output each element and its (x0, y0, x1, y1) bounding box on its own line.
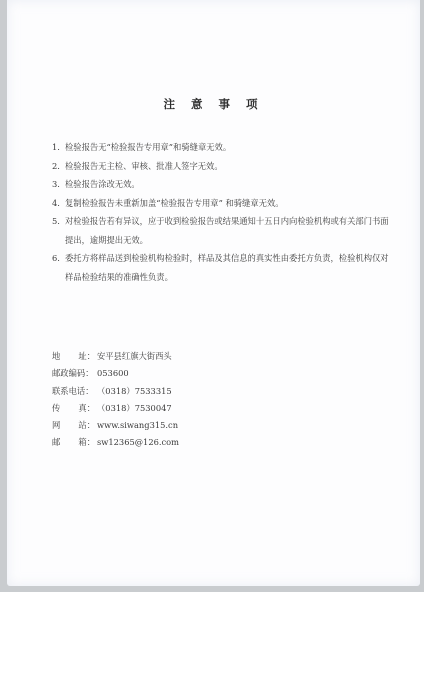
note-number: 6. (52, 249, 65, 286)
note-item: 3.检验报告涂改无效。 (52, 175, 392, 194)
contact-value: 安平县红旗大街西头 (95, 348, 172, 365)
label-part: 邮政编码： (52, 365, 94, 382)
label-part: 真： (78, 400, 95, 417)
note-number: 3. (52, 175, 65, 194)
contact-postcode: 邮政编码：053600 (52, 365, 179, 382)
contact-label: 地址： (52, 348, 95, 365)
note-number: 5. (52, 212, 65, 249)
note-text: 检验报告无“检验报告专用章”和骑缝章无效。 (65, 138, 392, 157)
label-part: 地 (52, 348, 60, 365)
contact-email: 邮箱：sw12365@126.com (52, 434, 179, 451)
note-item: 1.检验报告无“检验报告专用章”和骑缝章无效。 (52, 138, 392, 157)
contact-value: 053600 (95, 365, 129, 382)
note-number: 2. (52, 157, 65, 176)
note-number: 4. (52, 194, 65, 213)
note-number: 1. (52, 138, 65, 157)
contact-value: （0318）7530047 (95, 400, 172, 417)
notes-list: 1.检验报告无“检验报告专用章”和骑缝章无效。 2.检验报告无主检、审核、批准人… (52, 138, 392, 286)
note-item: 2.检验报告无主检、审核、批准人签字无效。 (52, 157, 392, 176)
contact-label: 联系电话： (52, 383, 95, 400)
contact-value: （0318）7533315 (95, 383, 172, 400)
contact-phone: 联系电话：（0318）7533315 (52, 383, 179, 400)
contact-info: 地址：安平县红旗大街西头 邮政编码：053600 联系电话：（0318）7533… (52, 348, 179, 452)
note-item: 4.复制检验报告未重新加盖“检验报告专用章” 和骑缝章无效。 (52, 194, 392, 213)
contact-website: 网站：www.siwang315.cn (52, 417, 179, 434)
label-part: 站： (78, 417, 95, 434)
label-part: 址： (78, 348, 95, 365)
contact-value: sw12365@126.com (95, 434, 179, 451)
note-text: 检验报告无主检、审核、批准人签字无效。 (65, 157, 392, 176)
note-item: 5.对检验报告若有异议，应于收到检验报告或结果通知十五日内向检验机构或有关部门书… (52, 212, 392, 249)
contact-label: 网站： (52, 417, 95, 434)
note-text: 委托方将样品送到检验机构检验时，样品及其信息的真实性由委托方负责，检验机构仅对样… (65, 249, 392, 286)
page-title: 注 意 事 项 (7, 96, 420, 112)
label-part: 箱： (78, 434, 95, 451)
label-part: 邮 (52, 434, 60, 451)
contact-address: 地址：安平县红旗大街西头 (52, 348, 179, 365)
contact-label: 传真： (52, 400, 95, 417)
note-text: 对检验报告若有异议，应于收到检验报告或结果通知十五日内向检验机构或有关部门书面提… (65, 212, 392, 249)
contact-fax: 传真：（0318）7530047 (52, 400, 179, 417)
label-part: 联系电话： (52, 383, 94, 400)
contact-value: www.siwang315.cn (95, 417, 178, 434)
note-item: 6.委托方将样品送到检验机构检验时，样品及其信息的真实性由委托方负责，检验机构仅… (52, 249, 392, 286)
contact-label: 邮箱： (52, 434, 95, 451)
scan-frame: 注 意 事 项 1.检验报告无“检验报告专用章”和骑缝章无效。 2.检验报告无主… (0, 0, 424, 592)
label-part: 网 (52, 417, 60, 434)
label-part: 传 (52, 400, 60, 417)
contact-label: 邮政编码： (52, 365, 95, 382)
note-text: 检验报告涂改无效。 (65, 175, 392, 194)
note-text: 复制检验报告未重新加盖“检验报告专用章” 和骑缝章无效。 (65, 194, 392, 213)
document-page: 注 意 事 项 1.检验报告无“检验报告专用章”和骑缝章无效。 2.检验报告无主… (7, 0, 420, 586)
